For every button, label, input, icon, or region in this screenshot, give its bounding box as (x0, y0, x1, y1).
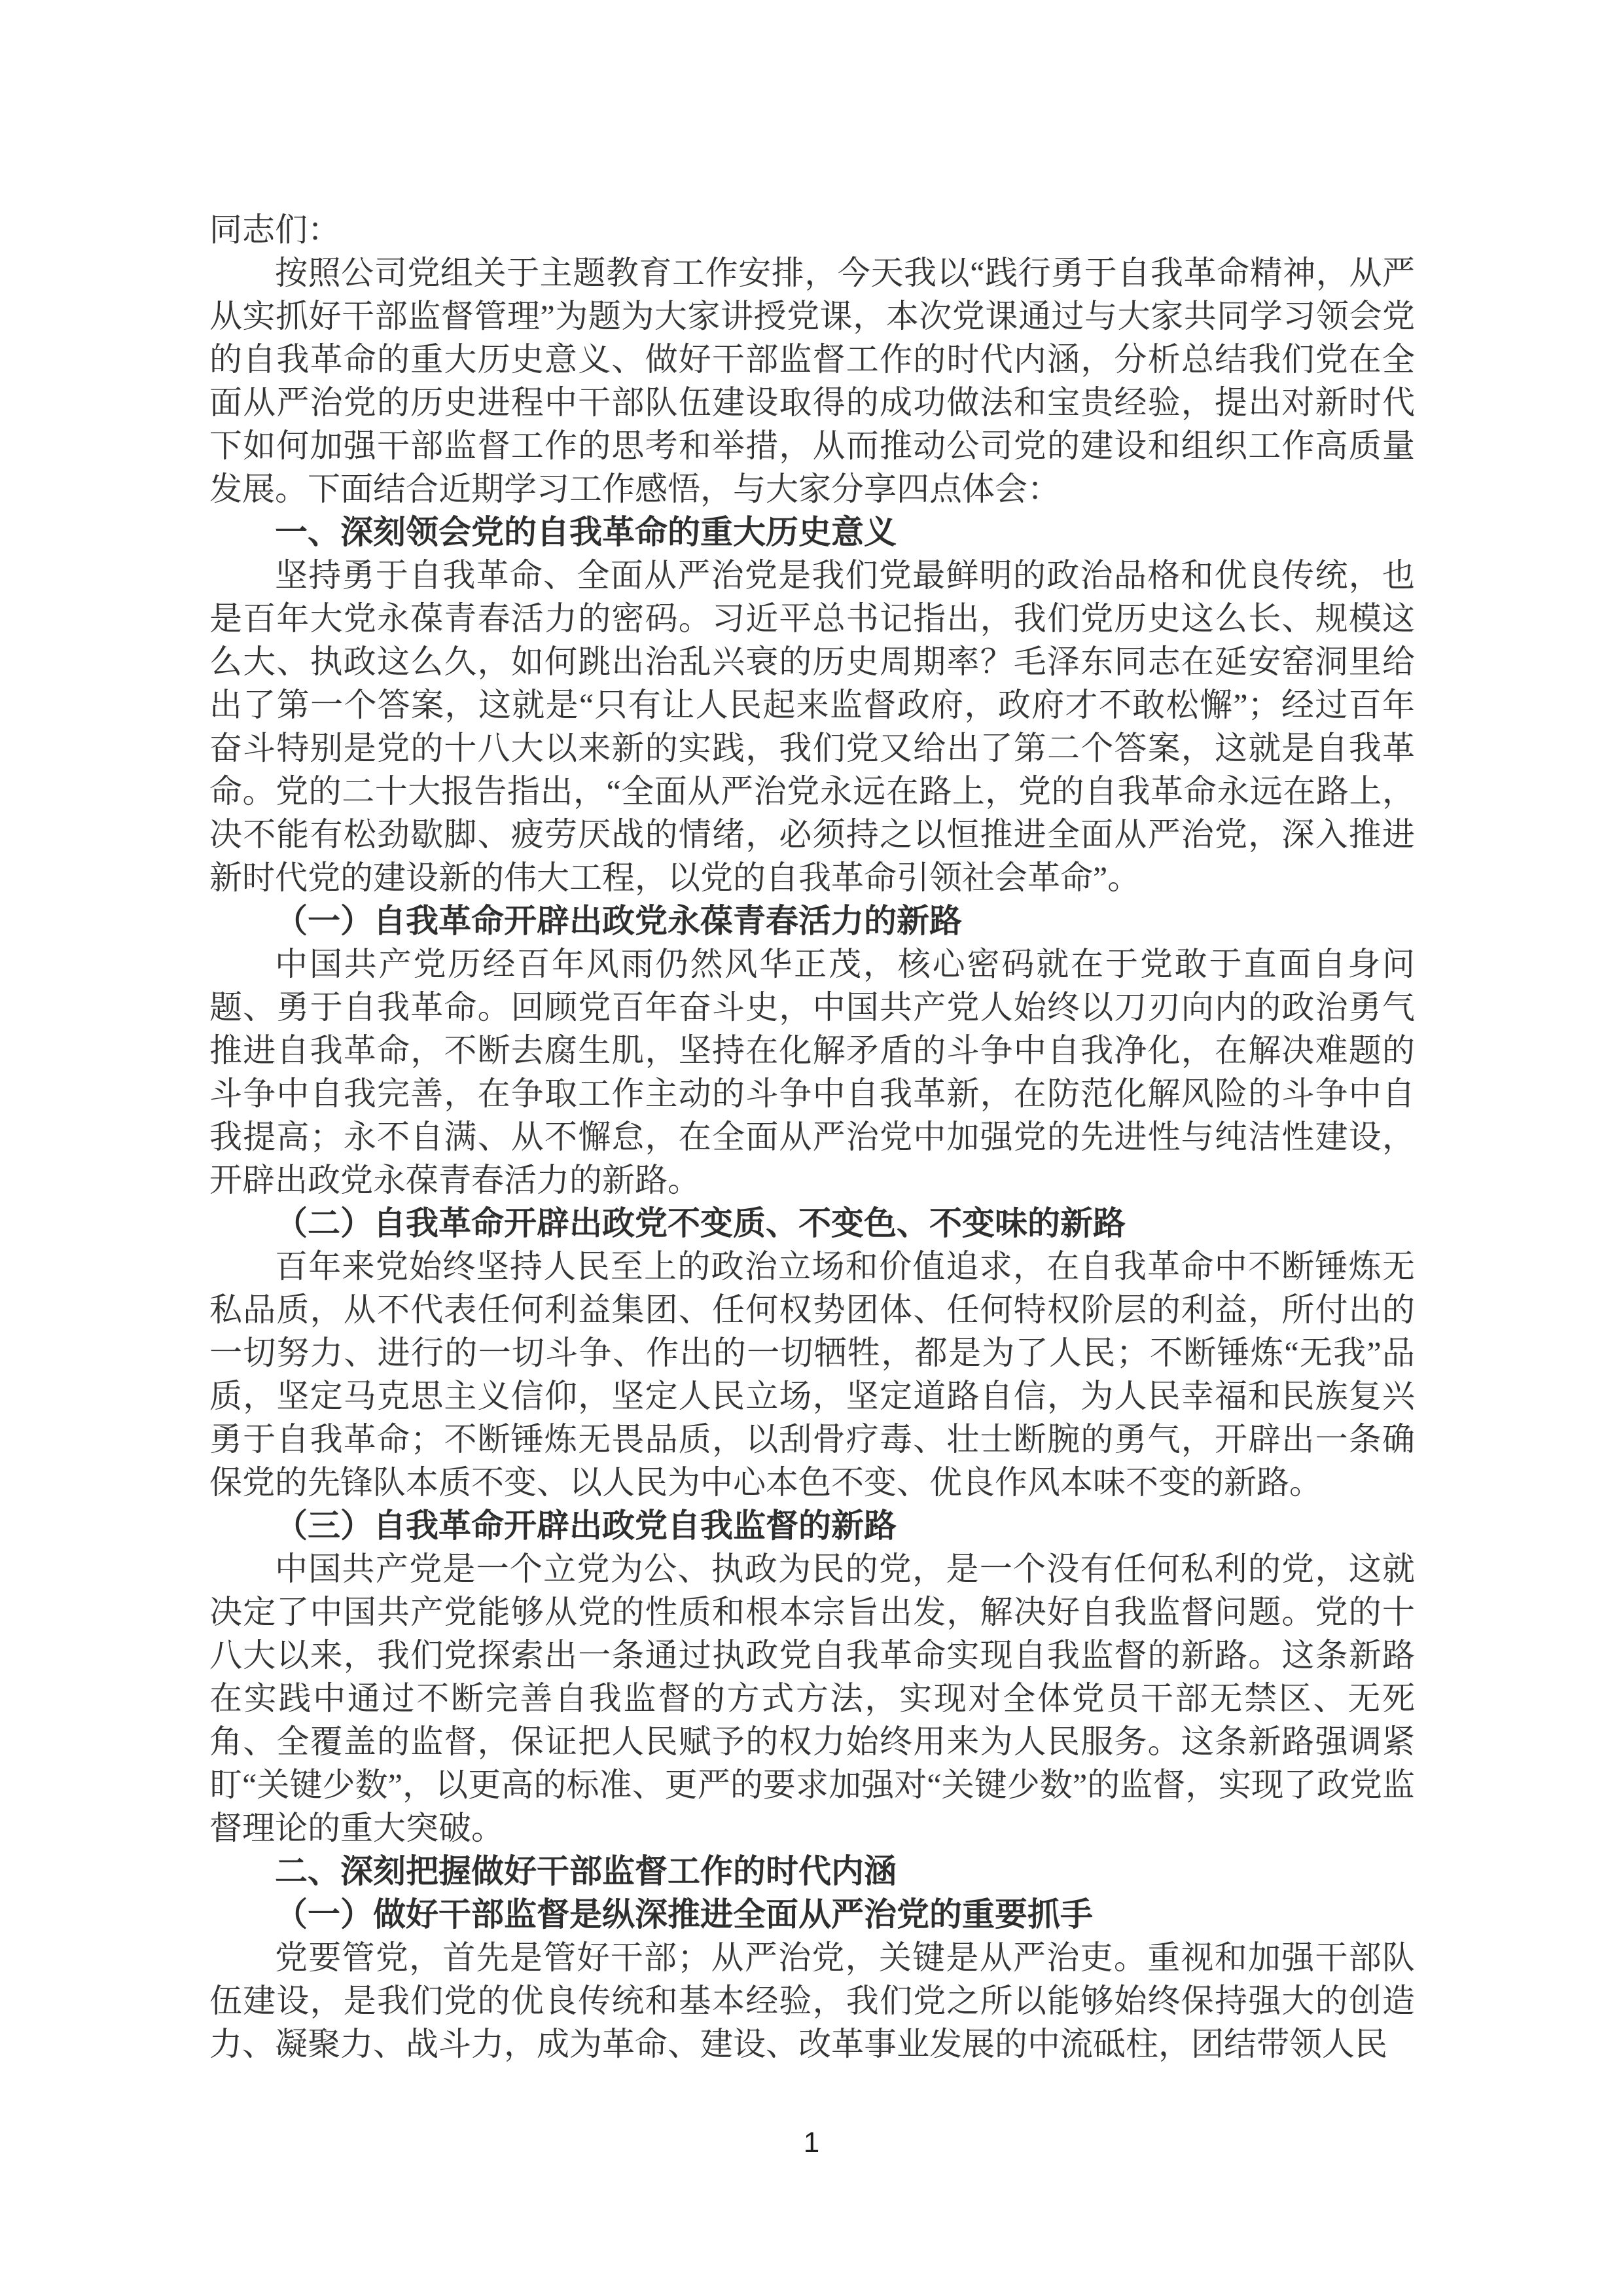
section-heading-part1: 一、深刻领会党的自我革命的重大历史意义 (209, 511, 1415, 554)
paragraph-part1-lead: 坚持勇于自我革命、全面从严治党是我们党最鲜明的政治品格和优良传统，也是百年大党永… (209, 554, 1415, 899)
salutation-line: 同志们： (209, 208, 1415, 251)
page-number: 1 (0, 2126, 1623, 2160)
paragraph-1-3: 中国共产党是一个立党为公、执政为民的党，是一个没有任何私利的党，这就决定了中国共… (209, 1547, 1415, 1850)
subsection-heading-1-1: （一）自我革命开辟出政党永葆青春活力的新路 (209, 899, 1415, 942)
paragraph-2-1: 党要管党，首先是管好干部；从严治党，关键是从严治吏。重视和加强干部队伍建设，是我… (209, 1936, 1415, 2066)
section-heading-part2: 二、深刻把握做好干部监督工作的时代内涵 (209, 1850, 1415, 1893)
subsection-heading-2-1: （一）做好干部监督是纵深推进全面从严治党的重要抓手 (209, 1893, 1415, 1936)
document-page: 同志们： 按照公司党组关于主题教育工作安排，今天我以“践行勇于自我革命精神，从严… (0, 0, 1623, 2296)
document-content: 同志们： 按照公司党组关于主题教育工作安排，今天我以“践行勇于自我革命精神，从严… (209, 208, 1415, 2066)
subsection-heading-1-3: （三）自我革命开辟出政党自我监督的新路 (209, 1504, 1415, 1547)
paragraph-intro: 按照公司党组关于主题教育工作安排，今天我以“践行勇于自我革命精神，从严从实抓好干… (209, 251, 1415, 511)
paragraph-1-2: 百年来党始终坚持人民至上的政治立场和价值追求，在自我革命中不断锤炼无私品质，从不… (209, 1245, 1415, 1504)
paragraph-1-1: 中国共产党历经百年风雨仍然风华正茂，核心密码就在于党敢于直面自身问题、勇于自我革… (209, 942, 1415, 1202)
subsection-heading-1-2: （二）自我革命开辟出政党不变质、不变色、不变味的新路 (209, 1202, 1415, 1245)
